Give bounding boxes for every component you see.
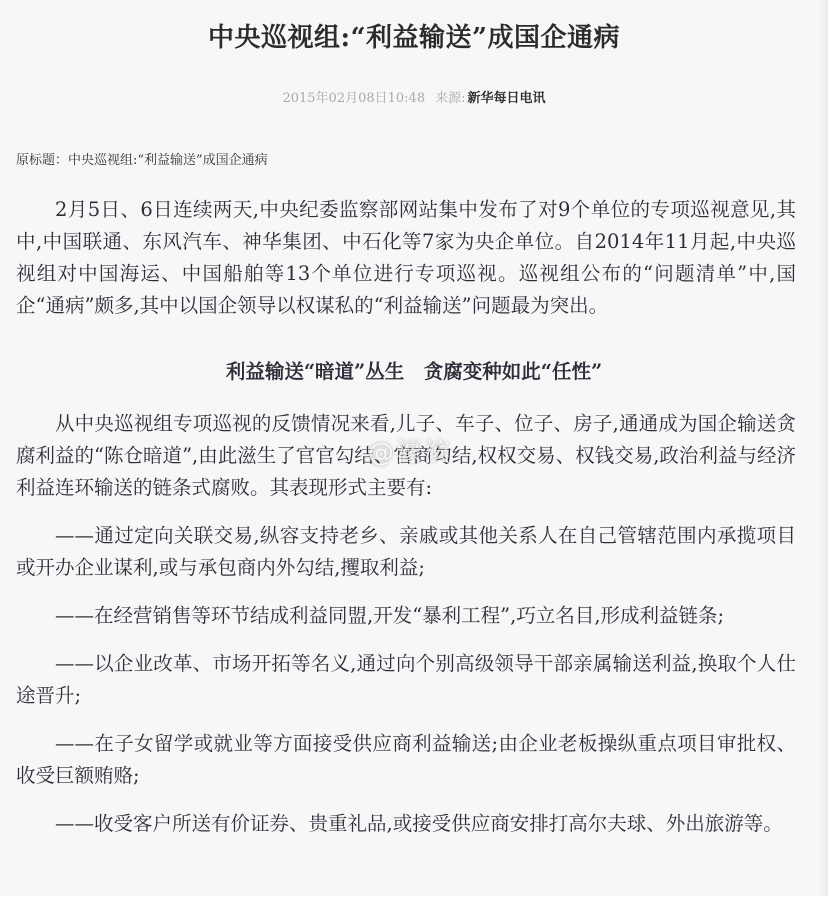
list-item: ——以企业改革、市场开拓等名义,通过向个别高级领导干部亲属输送利益,换取个人仕途… [16, 648, 796, 712]
list-item: ——通过定向关联交易,纵容支持老乡、亲戚或其他关系人在自己管辖范围内承揽项目或开… [16, 520, 796, 584]
article-meta: 2015年02月08日10:48来源:新华每日电讯 [0, 88, 828, 110]
list-item: ——在子女留学或就业等方面接受供应商利益输送;由企业老板操纵重点项目审批权、收受… [16, 728, 796, 792]
section-body: 从中央巡视组专项巡视的反馈情况来看,儿子、车子、位子、房子,通通成为国企输送贪腐… [16, 408, 796, 840]
source-name: 新华每日电讯 [468, 91, 546, 106]
article-title: 中央巡视组:“利益输送”成国企通病 [0, 18, 828, 58]
paragraph: 2月5日、6日连续两天,中央纪委监察部网站集中发布了对9个单位的专项巡视意见,其… [16, 194, 796, 322]
scroll-edge [818, 0, 828, 896]
source-label: 来源: [435, 91, 465, 106]
article-page: 中央巡视组:“利益输送”成国企通病 2015年02月08日10:48来源:新华每… [0, 0, 828, 896]
section-subheading: 利益输送“暗道”丛生 贪腐变种如此“任性” [0, 356, 828, 388]
paragraph: 从中央巡视组专项巡视的反馈情况来看,儿子、车子、位子、房子,通通成为国企输送贪腐… [16, 408, 796, 504]
list-item: ——收受客户所送有价证券、贵重礼品,或接受供应商安排打高尔夫球、外出旅游等。 [16, 808, 796, 840]
list-item: ——在经营销售等环节结成利益同盟,开发“暴利工程”,巧立名目,形成利益链条; [16, 600, 796, 632]
intro-section: 2月5日、6日连续两天,中央纪委监察部网站集中发布了对9个单位的专项巡视意见,其… [16, 194, 796, 322]
publish-datetime: 2015年02月08日10:48 [282, 91, 425, 106]
original-title: 原标题：中央巡视组:“利益输送”成国企通病 [16, 150, 268, 172]
